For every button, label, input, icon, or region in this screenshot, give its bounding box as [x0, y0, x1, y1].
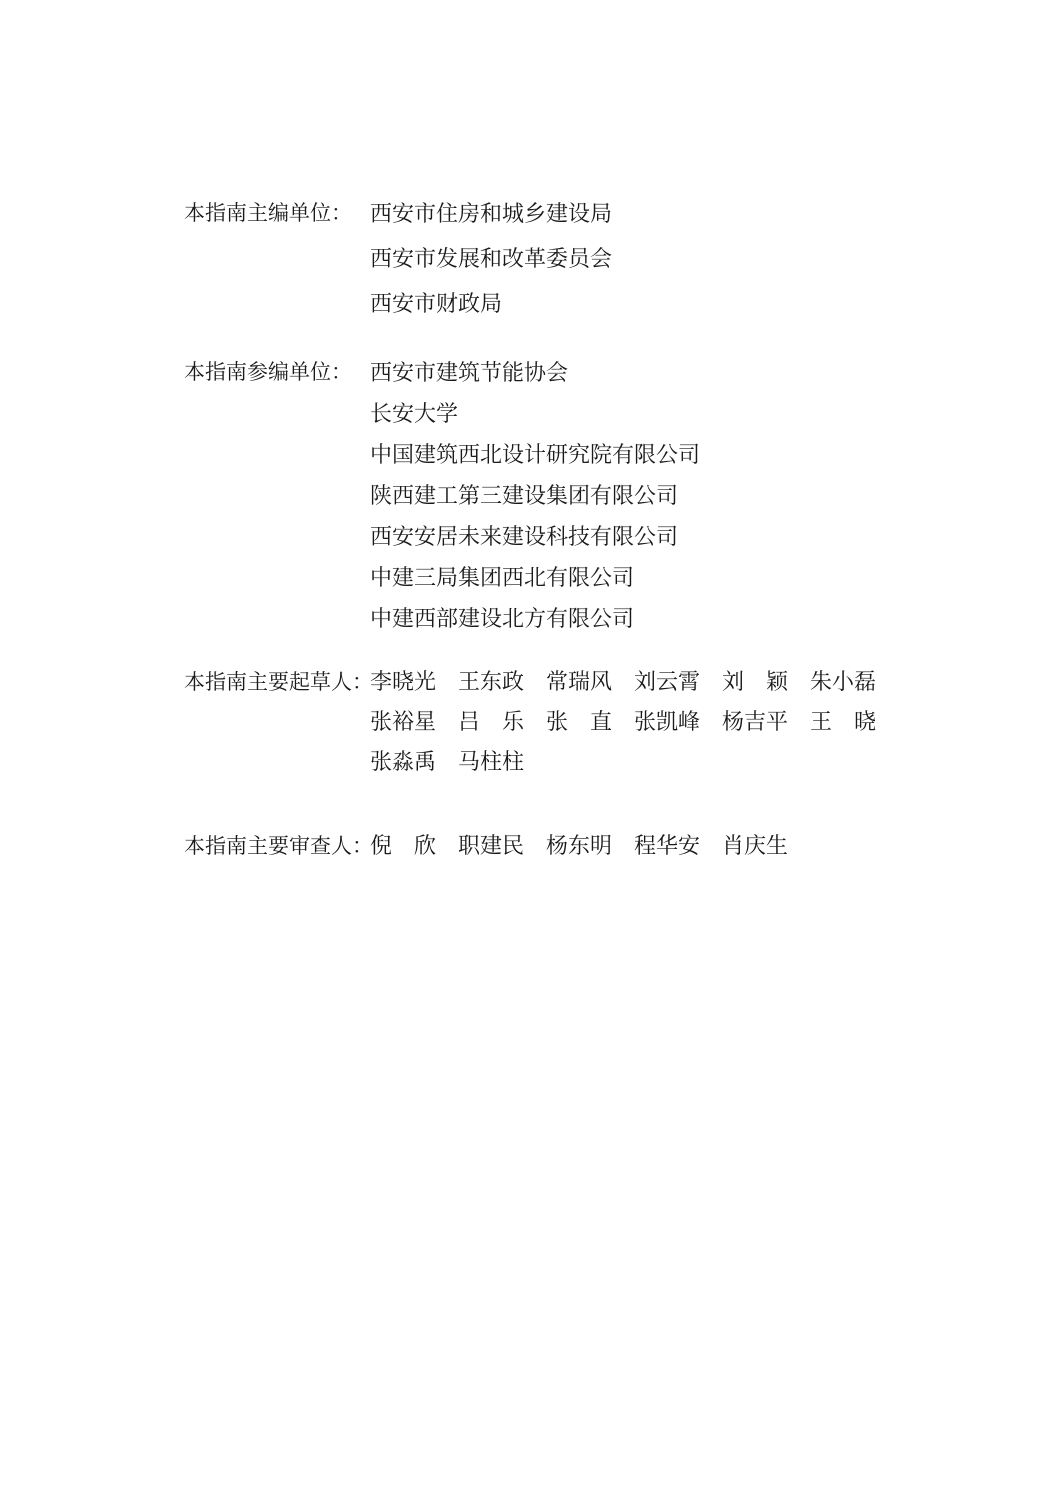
credits-section: 本指南主编单位： 西安市住房和城乡建设局西安市发展和改革委员会西安市财政局 [184, 191, 612, 326]
section-line: 中建三局集团西北有限公司 [370, 557, 700, 598]
section-line: 西安市财政局 [370, 281, 612, 326]
credits-section: 本指南主要审查人： 倪 欣 职建民 杨东明 程华安 肖庆生 [184, 826, 788, 866]
document-page: 本指南主编单位： 西安市住房和城乡建设局西安市发展和改革委员会西安市财政局 本指… [0, 0, 1060, 1500]
section-line: 李晓光 王东政 常瑞风 刘云霄 刘 颖 朱小磊 [370, 662, 876, 702]
section-line: 张淼禹 马柱柱 [370, 742, 876, 782]
section-lines: 倪 欣 职建民 杨东明 程华安 肖庆生 [370, 826, 788, 866]
section-lines: 西安市建筑节能协会长安大学中国建筑西北设计研究院有限公司陕西建工第三建设集团有限… [370, 352, 700, 639]
section-label: 本指南参编单位： [184, 352, 370, 393]
section-line: 陕西建工第三建设集团有限公司 [370, 475, 700, 516]
section-line: 张裕星 吕 乐 张 直 张凯峰 杨吉平 王 晓 [370, 702, 876, 742]
section-line: 长安大学 [370, 393, 700, 434]
section-line: 西安市住房和城乡建设局 [370, 191, 612, 236]
section-label: 本指南主编单位： [184, 191, 370, 236]
section-line: 中国建筑西北设计研究院有限公司 [370, 434, 700, 475]
section-lines: 西安市住房和城乡建设局西安市发展和改革委员会西安市财政局 [370, 191, 612, 326]
section-label: 本指南主要起草人： [184, 662, 370, 702]
section-line: 西安安居未来建设科技有限公司 [370, 516, 700, 557]
section-lines: 李晓光 王东政 常瑞风 刘云霄 刘 颖 朱小磊张裕星 吕 乐 张 直 张凯峰 杨… [370, 662, 876, 782]
section-line: 中建西部建设北方有限公司 [370, 598, 700, 639]
credits-section: 本指南主要起草人： 李晓光 王东政 常瑞风 刘云霄 刘 颖 朱小磊张裕星 吕 乐… [184, 662, 876, 782]
section-line: 倪 欣 职建民 杨东明 程华安 肖庆生 [370, 826, 788, 866]
section-line: 西安市发展和改革委员会 [370, 236, 612, 281]
section-line: 西安市建筑节能协会 [370, 352, 700, 393]
credits-section: 本指南参编单位： 西安市建筑节能协会长安大学中国建筑西北设计研究院有限公司陕西建… [184, 352, 700, 639]
section-label: 本指南主要审查人： [184, 826, 370, 866]
